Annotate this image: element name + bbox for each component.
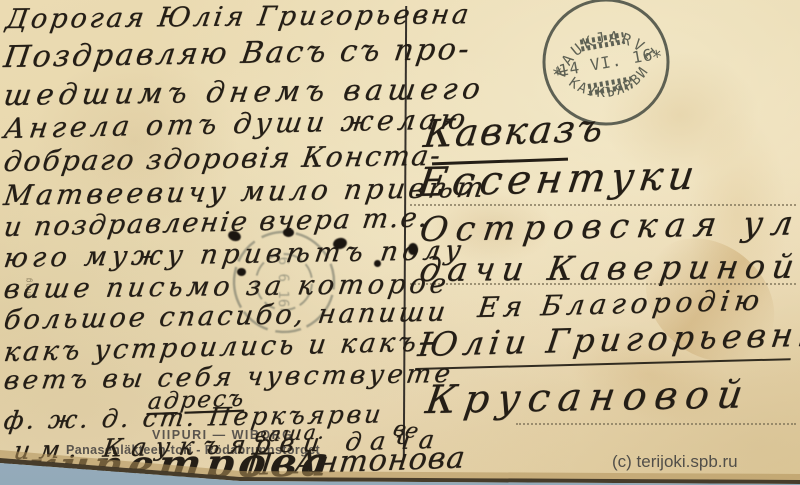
postmark-star-right: * [650, 46, 664, 69]
ink-blot [283, 228, 294, 237]
address-region: Кавказъ [421, 106, 607, 156]
ink-blot [237, 268, 246, 276]
address-dotted-line [516, 423, 796, 425]
postcard-paper: VIIPURI — WIBORG Panasenläkteen-tori - R… [0, 0, 800, 485]
ink-blot [374, 260, 381, 267]
message-closing: ваша. [254, 419, 328, 447]
ink-blot [408, 243, 418, 255]
address-dacha: дачи Кавериной [417, 247, 800, 289]
address-street: Островская ул. [417, 203, 800, 250]
address-recipient-name: Юліи Григорьевнѣ [415, 315, 796, 370]
address-recipient-surname: Крусановой [423, 372, 754, 423]
address-town: Ессентуки [415, 153, 702, 206]
site-watermark: (c) terijoki.spb.ru [612, 452, 738, 472]
message-line: Поздравляю Васъ съ про- [2, 32, 474, 75]
message-line: Дорогая Юлія Григорьевна [4, 0, 474, 35]
signature: П. Антонова [244, 440, 468, 483]
